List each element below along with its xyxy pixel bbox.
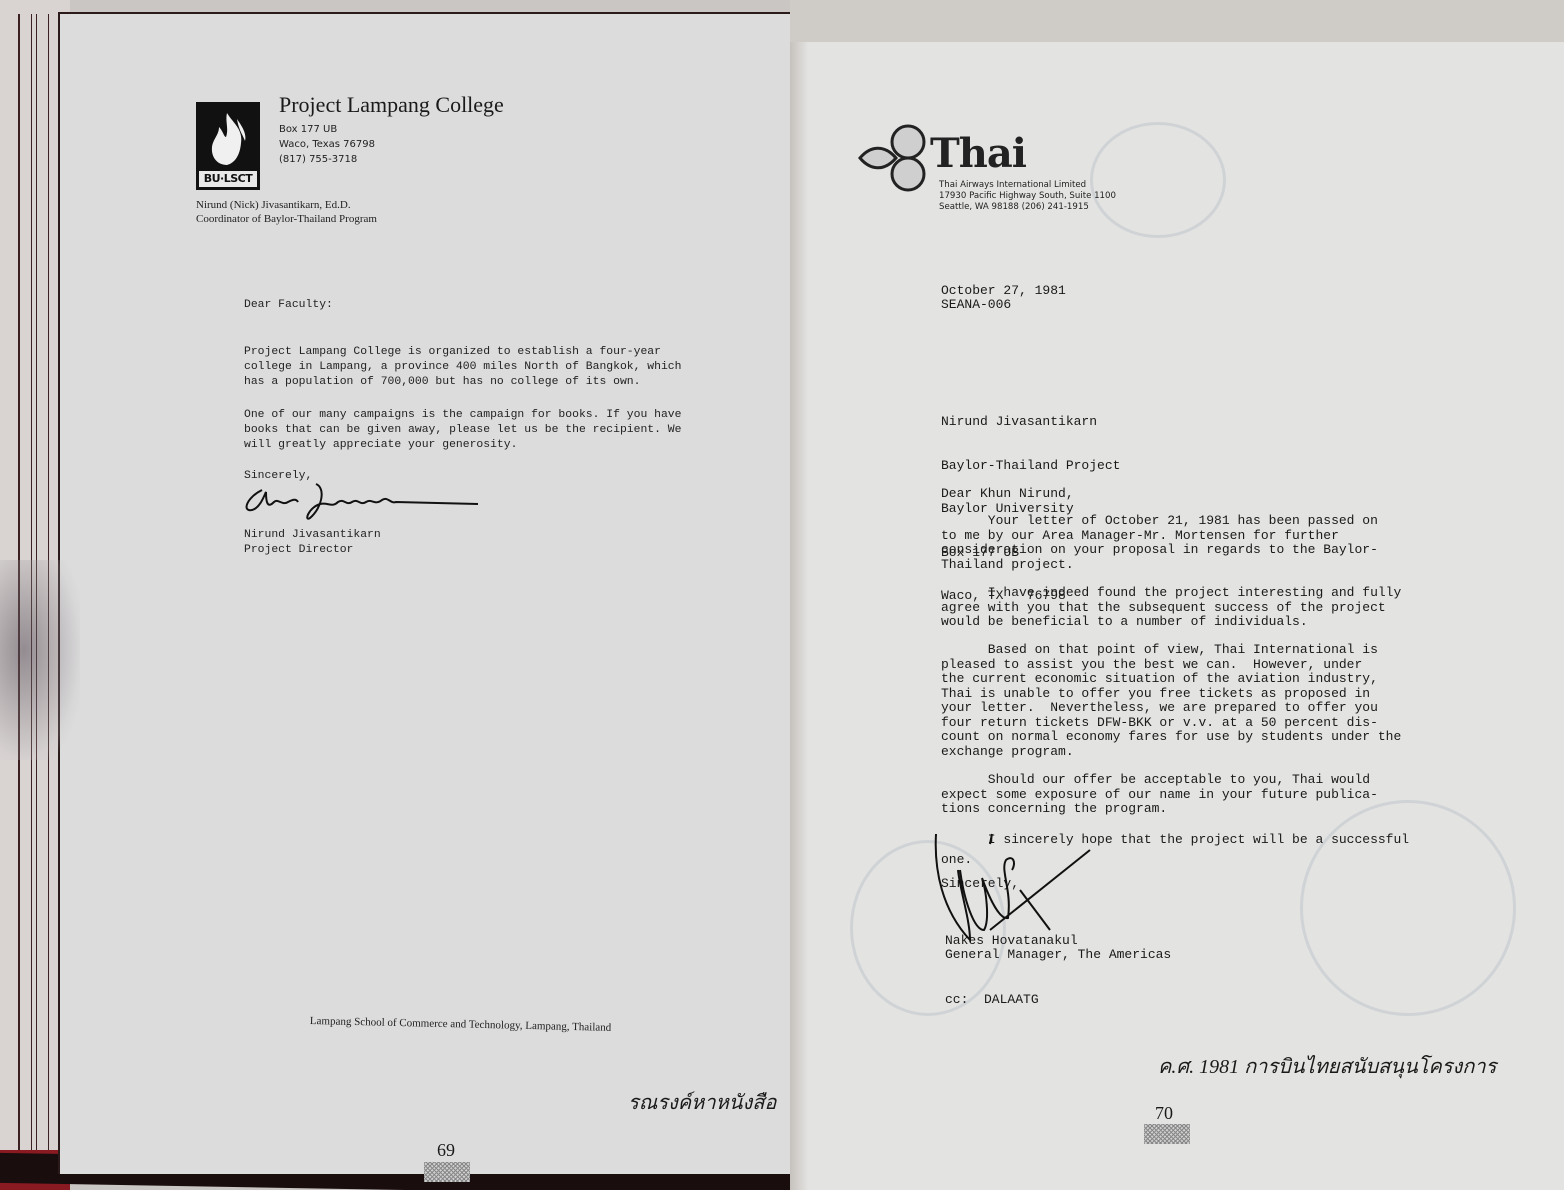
letterhead-title: Project Lampang College	[279, 92, 504, 118]
page-gutter	[790, 42, 808, 1190]
coordinator-name: Nirund (Nick) Jivasantikarn, Ed.D.	[196, 198, 377, 212]
address-line: Seattle, WA 98188 (206) 241-1915	[939, 202, 1116, 213]
address-line: Waco, Texas 76798	[279, 137, 375, 152]
letter-reference: SEANA-006	[941, 298, 1011, 313]
coordinator-block: Nirund (Nick) Jivasantikarn, Ed.D. Coord…	[196, 198, 377, 226]
paragraph: One of our many campaigns is the campaig…	[244, 408, 754, 453]
page-number: 70	[1155, 1103, 1173, 1124]
bu-lsct-logo: BU·LSCT	[196, 102, 260, 190]
salutation: Dear Faculty:	[244, 298, 754, 313]
paragraph: Your letter of October 21, 1981 has been…	[941, 514, 1378, 572]
cc-line: cc: DALAATG	[945, 993, 1039, 1008]
logo-text: BU·LSCT	[199, 171, 257, 187]
signer-name: Nirund Jivasantikarn	[244, 528, 754, 543]
page-number-marker	[1144, 1124, 1190, 1144]
thai-brand: Thai	[930, 130, 1026, 177]
address-line: 17930 Pacific Highway South, Suite 1100	[939, 191, 1116, 202]
book-spread: BU·LSCT Project Lampang College Box 177 …	[0, 0, 1564, 1190]
thai-address: Thai Airways International Limited 17930…	[939, 180, 1116, 213]
coordinator-title: Coordinator of Baylor-Thailand Program	[196, 212, 377, 226]
paragraph: Project Lampang College is organized to …	[244, 345, 754, 390]
signature-icon	[238, 478, 488, 528]
address-line: Thai Airways International Limited	[939, 180, 1116, 191]
thai-caption: รณรงค์หาหนังสือ	[628, 1086, 776, 1118]
thai-caption: ค.ศ. 1981 การบินไทยสนับสนุนโครงการ	[1158, 1050, 1496, 1082]
background-surface	[790, 0, 1564, 42]
recipient-line: Nirund Jivasantikarn	[941, 415, 1120, 430]
letterhead-address: Box 177 UB Waco, Texas 76798 (817) 755-3…	[279, 122, 375, 167]
address-line: (817) 755-3718	[279, 152, 375, 167]
page-number-marker	[424, 1162, 470, 1182]
paragraph: Should our offer be acceptable to you, T…	[941, 773, 1378, 817]
page-number: 69	[437, 1140, 455, 1161]
paragraph: Based on that point of view, Thai Intern…	[941, 643, 1401, 759]
address-line: Box 177 UB	[279, 122, 375, 137]
thai-orchid-logo-icon	[856, 122, 936, 194]
paragraph: I have indeed found the project interest…	[941, 586, 1401, 630]
salutation: Dear Khun Nirund,	[941, 487, 1074, 502]
page-smudge	[0, 560, 80, 760]
left-page	[58, 12, 802, 1174]
signer-title: Project Director	[244, 543, 754, 558]
signature-icon	[930, 830, 1100, 960]
recipient-line: Baylor-Thailand Project	[941, 459, 1120, 474]
flame-icon	[207, 111, 249, 167]
